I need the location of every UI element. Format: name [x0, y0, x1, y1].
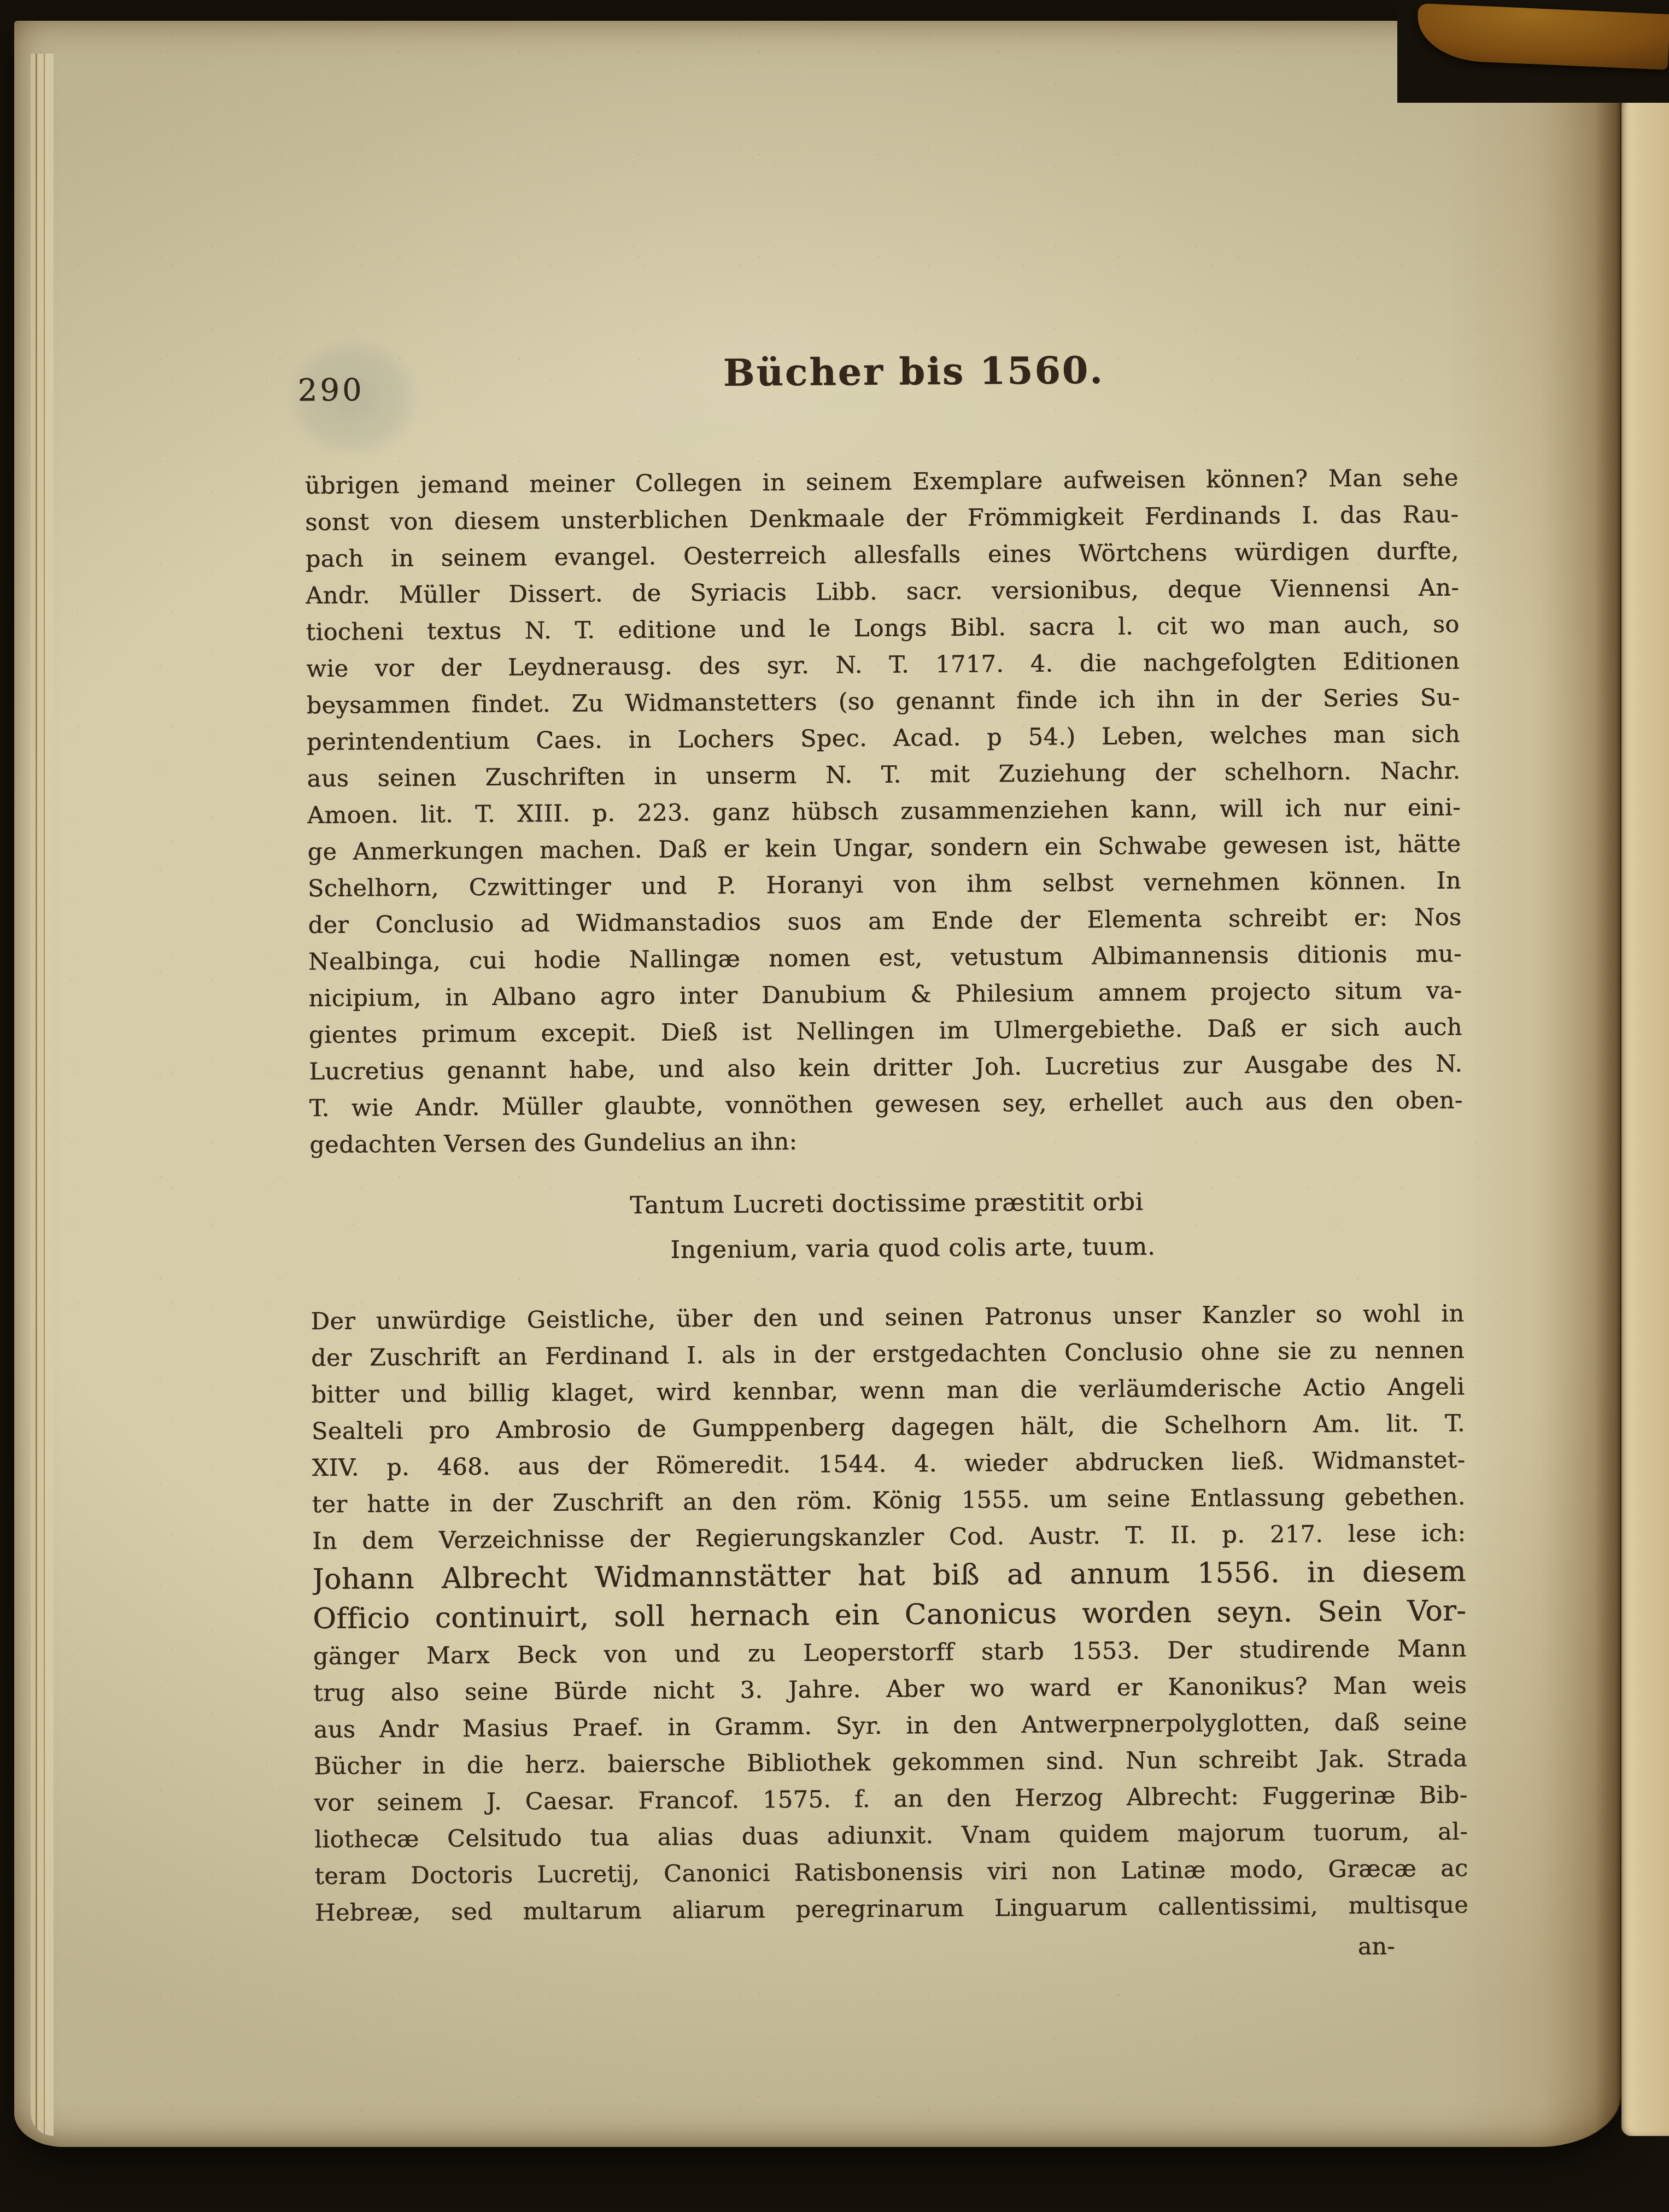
verse-line-2: Ingenium, varia quod colis arte, tuum.: [310, 1222, 1464, 1275]
running-title: Bücher bis 1560.: [337, 346, 1491, 398]
text-line: gedachten Versen des Gundelius an ihn:: [309, 1119, 1463, 1164]
paragraph-1: übrigen jemand meiner Collegen in seinem…: [305, 460, 1463, 1164]
paragraph-2: Der unwürdige Geistliche, über den und s…: [311, 1295, 1468, 1932]
catchword-row: an-: [315, 1928, 1468, 1973]
stacked-page-edges: [31, 54, 54, 2136]
leather-binding: [1416, 3, 1669, 70]
text-line: Hebreæ, sed multarum aliarum peregrinaru…: [315, 1887, 1468, 1932]
gutter-shadow: [1443, 21, 1621, 2147]
printed-text-block: 290 Bücher bis 1560. übrigen jemand mein…: [304, 341, 1469, 1973]
latin-verse: Tantum Lucreti doctissime præstitit orbi…: [310, 1177, 1464, 1275]
spine-area: [1397, 0, 1669, 103]
page-header: 290 Bücher bis 1560.: [304, 341, 1458, 468]
catchword: an-: [1357, 1933, 1395, 1960]
book-photo: 290 Bücher bis 1560. übrigen jemand mein…: [0, 0, 1669, 2212]
verse-line-1: Tantum Lucreti doctissime præstitit orbi: [310, 1177, 1464, 1230]
book-page: 290 Bücher bis 1560. übrigen jemand mein…: [14, 21, 1620, 2147]
adjacent-page-edge: [1621, 92, 1669, 2136]
